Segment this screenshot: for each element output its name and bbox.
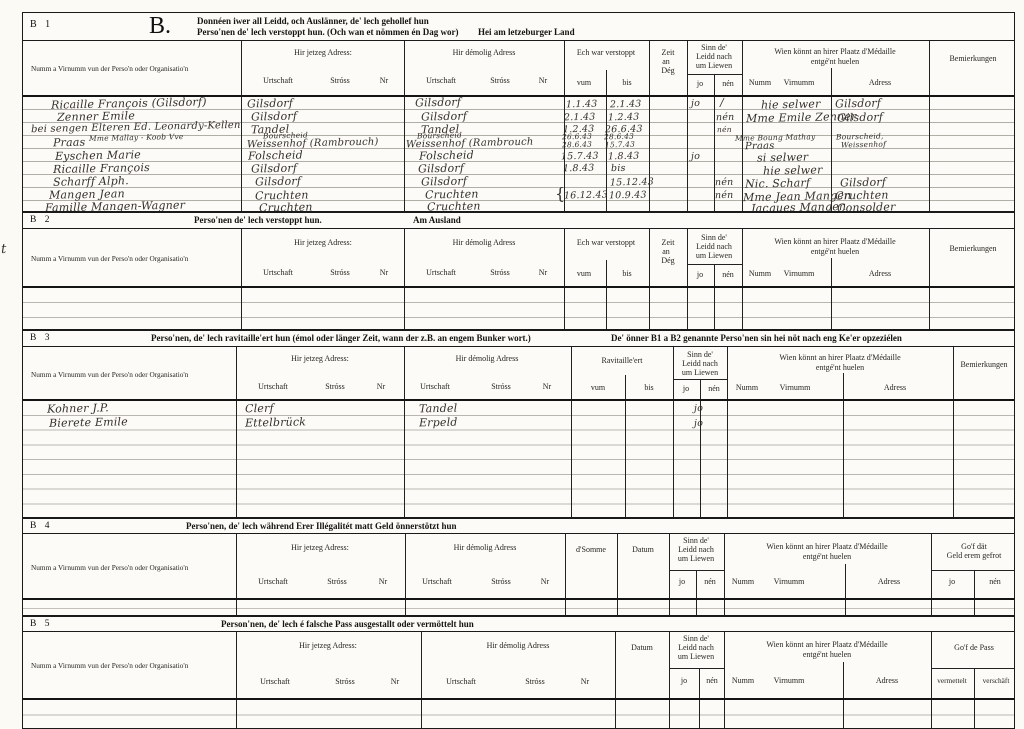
col-header-nr: Nr	[391, 678, 399, 686]
col-header-verstoppt: Ech war verstoppt	[577, 239, 635, 247]
hw-b1-r5-jetzeg: Gilsdorf	[251, 163, 297, 175]
col-header-bemierkungen: Bemierkungen	[949, 245, 996, 253]
hw-b1-r5-wien: hie selwer	[763, 164, 823, 176]
col-header-nen: nén	[989, 578, 1001, 586]
col-header-virnumm: Virnumm	[784, 270, 815, 278]
b4-title-band: B 4 Perso'nen, de' lech während Erer Ill…	[23, 519, 1014, 534]
hw-b1-r5-name: Ricaille François	[53, 162, 150, 175]
b4-data-rows	[23, 600, 1014, 616]
hw-b1-r0-wadr: Gilsdorf	[835, 98, 881, 110]
hw-b1-r6-wien: Nic. Scharf	[745, 177, 810, 189]
margin-handwriting-mark: t	[1, 243, 7, 256]
col-header-adress: Adress	[884, 384, 906, 392]
col-header-vermettelt: vermettelt	[937, 677, 967, 685]
b5-data-rows	[23, 700, 1014, 729]
col-header-nr: Nr	[543, 383, 551, 391]
col-header-gof-geld: Geld erem gefrot	[947, 552, 1002, 560]
b1-title-line2: Perso'nen de' lech verstoppt hun. (Och w…	[197, 27, 459, 37]
hw-b1-r8-wadr: Consolder	[837, 201, 896, 212]
scanned-form-page: t B 1 B. Donnéen iwer all Leidd, och Aus…	[0, 0, 1024, 729]
hw-b1-r3-bis2: 15.7.43	[605, 141, 635, 149]
col-header-numm: Numm	[749, 270, 771, 278]
b5-section-id: B 5	[30, 619, 52, 629]
hw-b1-r3-wadr2: Weissenhof	[841, 141, 886, 149]
hw-b1-r4-name: Eyschen Marie	[55, 149, 141, 162]
hw-b1-r1-name: Zenner Emile	[57, 110, 135, 123]
hw-b3-r0-jetzeg: Clerf	[245, 403, 274, 415]
b5-header-row: Numm a Virnumm vun der Perso'n oder Orga…	[23, 632, 1014, 700]
b3-title-band: B 3 Perso'nen, de' lech ravitaille'ert h…	[23, 331, 1014, 347]
hw-b1-r0-jo: jo	[691, 99, 700, 109]
hw-b1-r5-demolig: Gilsdorf	[418, 163, 464, 175]
col-header-jetzeg-adress: Hir jetzeg Adress:	[299, 642, 357, 650]
col-header-verstoppt: Ech war verstoppt	[577, 49, 635, 57]
col-header-vum: vum	[591, 384, 605, 392]
section-b5: B 5 Person'nen, de' lech é falsche Pass …	[22, 616, 1015, 729]
col-header-bemierkungen: Bemierkungen	[949, 55, 996, 63]
section-b2: B 2 Perso'nen de' lech verstoppt hun. Am…	[22, 212, 1015, 330]
col-header-jo: jo	[681, 677, 687, 685]
b2-section-id: B 2	[30, 215, 52, 225]
col-header-wien: Wien könnt an hirer Plaatz d'Médaille	[766, 543, 887, 551]
col-header-stross: Stróss	[491, 383, 511, 391]
col-header-adress: Adress	[878, 578, 900, 586]
col-header-datum: Datum	[631, 644, 653, 652]
col-header-urtschaft: Urtschaft	[263, 269, 293, 277]
hw-b1-r0-bis: 2.1.43	[610, 100, 642, 110]
hw-b1-r6-name: Scharff Alph.	[53, 175, 129, 188]
hw-b3-r1-jetzeg: Ettelbrück	[245, 416, 306, 428]
col-header-numm: Numm	[749, 79, 771, 87]
hw-b1-r0-wien: hie selwer	[761, 98, 821, 110]
col-header-adress: Adress	[876, 677, 898, 685]
col-header-virnumm: Virnumm	[774, 578, 805, 586]
col-header-demolig-adress: Hir démolig Adress	[453, 49, 516, 57]
col-header-vum: vum	[577, 79, 591, 87]
col-header-jetzeg-adress: Hir jetzeg Adress:	[294, 49, 352, 57]
hw-b1-r4-vum: 15.7.43	[561, 152, 599, 162]
hw-b1-r7-nen: nén	[715, 191, 734, 201]
col-header-ravitailleert: Ravitaille'ert	[602, 357, 643, 365]
b1-big-letter: B.	[149, 14, 171, 38]
col-header-stross: Stróss	[335, 678, 355, 686]
col-header-jo: jo	[697, 271, 703, 279]
col-header-adress: Adress	[869, 79, 891, 87]
b4-section-id: B 4	[30, 521, 52, 531]
col-header-jetzeg-adress: Hir jetzeg Adress:	[294, 239, 352, 247]
hw-b1-r6-bis: 15.12.43	[610, 178, 654, 188]
hw-b1-r1-wadr: Gilsdorf	[837, 112, 883, 124]
hw-b1-r6-wadr: Gilsdorf	[840, 177, 886, 189]
col-header-nr: Nr	[539, 269, 547, 277]
col-header-urtschaft: Urtschaft	[258, 383, 288, 391]
col-header-name: Numm a Virnumm vun der Perso'n oder Orga…	[31, 662, 188, 670]
col-header-urtschaft: Urtschaft	[420, 383, 450, 391]
hw-b1-r4-demolig: Folscheid	[419, 149, 474, 161]
col-header-bis: bis	[622, 270, 631, 278]
col-header-nr: Nr	[380, 269, 388, 277]
col-header-stross: Stróss	[490, 269, 510, 277]
col-header-zeit: Dég	[661, 67, 674, 75]
col-header-jo: jo	[683, 385, 689, 393]
col-header-sinn: um Liewen	[678, 653, 714, 661]
b2-title: Perso'nen de' lech verstoppt hun.	[194, 215, 322, 225]
b2-header-row: Numm a Virnumm vun der Perso'n oder Orga…	[23, 229, 1014, 288]
col-header-nr: Nr	[380, 77, 388, 85]
col-header-name: Numm a Virnumm vun der Perso'n oder Orga…	[31, 65, 188, 73]
col-header-zeit: Dég	[661, 257, 674, 265]
col-header-demolig-adress: Hir démolig Adress	[487, 642, 550, 650]
col-header-stross: Stróss	[325, 383, 345, 391]
col-header-name: Numm a Virnumm vun der Perso'n oder Orga…	[31, 255, 188, 263]
col-header-demolig-adress: Hir démolig Adress	[453, 239, 516, 247]
b1-data-rows: Ricaille François (Gilsdorf) Gilsdorf Gi…	[23, 97, 1014, 212]
col-header-demolig-adress: Hir démolig Adress	[454, 544, 517, 552]
col-header-urtschaft: Urtschaft	[426, 77, 456, 85]
col-header-wien: Wien könnt an hirer Plaatz d'Médaille	[766, 641, 887, 649]
hw-b1-r1-demolig: Gilsdorf	[421, 111, 467, 123]
col-header-nr: Nr	[581, 678, 589, 686]
col-header-datum: Datum	[632, 546, 654, 554]
col-header-jo: jo	[679, 578, 685, 586]
col-header-nr: Nr	[379, 578, 387, 586]
col-header-adress: Adress	[869, 270, 891, 278]
col-header-jetzeg-adress: Hir jetzeg Adress:	[291, 544, 349, 552]
hw-b1-r5-bis: bis	[611, 164, 626, 174]
col-header-virnumm: Virnumm	[780, 384, 811, 392]
col-header-urtschaft: Urtschaft	[260, 678, 290, 686]
hw-b1-r3-name2: Mme Mallay - Koob Vve	[89, 133, 184, 142]
col-header-name: Numm a Virnumm vun der Perso'n oder Orga…	[31, 371, 188, 379]
hw-b1-r1-vum: 2.1.43	[564, 113, 596, 123]
col-header-wien: Wien könnt an hirer Plaatz d'Médaille	[774, 48, 895, 56]
hw-b1-r8-jetzeg: Cruchten	[259, 201, 313, 212]
col-header-bis: bis	[644, 384, 653, 392]
hw-b3-r1-name: Bierete Emile	[49, 416, 128, 429]
b3-section-id: B 3	[30, 333, 52, 343]
col-header-stross: Stróss	[330, 77, 350, 85]
col-header-nen: nén	[722, 271, 734, 279]
col-header-urtschaft: Urtschaft	[426, 269, 456, 277]
col-header-nen: nén	[704, 578, 716, 586]
b2-data-rows	[23, 288, 1014, 330]
col-header-jo: jo	[949, 578, 955, 586]
hw-b1-r8-wien: Jacques Mangen	[751, 201, 846, 212]
col-header-wien: entgé'nt huelen	[803, 651, 851, 659]
b4-header-row: Numm a Virnumm vun der Perso'n oder Orga…	[23, 534, 1014, 600]
b3-header-row: Numm a Virnumm vun der Perso'n oder Orga…	[23, 347, 1014, 401]
b3-title: Perso'nen, de' lech ravitaille'ert hun (…	[151, 333, 531, 343]
col-header-wien: entgé'nt huelen	[811, 58, 859, 66]
b1-title-line1: Donnéen iwer all Leidd, och Auslänner, d…	[197, 16, 429, 26]
col-header-urtschaft: Urtschaft	[258, 578, 288, 586]
col-header-virnumm: Virnumm	[774, 677, 805, 685]
col-header-nen: nén	[722, 80, 734, 88]
hw-b3-r1-demolig: Erpeld	[419, 417, 458, 429]
col-header-nr: Nr	[377, 383, 385, 391]
col-header-gof-pass: Go'f de Pass	[954, 644, 994, 652]
hw-b1-r0-nen: /	[720, 97, 724, 108]
hw-b1-r6-jetzeg: Gilsdorf	[255, 176, 301, 188]
col-header-stross: Stróss	[491, 578, 511, 586]
col-header-sinn: um Liewen	[696, 62, 732, 70]
col-header-nen: nén	[706, 677, 718, 685]
b1-header-row: Numm a Virnumm vun der Perso'n oder Orga…	[23, 41, 1014, 97]
b3-data-rows: Kohner J.P. Clerf Tandel jo Bierete Emil…	[23, 401, 1014, 518]
b1-section-id: B 1	[30, 19, 53, 30]
hw-b3-r0-jo: jo	[694, 404, 703, 414]
col-header-bemierkungen: Bemierkungen	[960, 361, 1007, 369]
hw-b1-r0-demolig: Gilsdorf	[415, 97, 461, 109]
b2-title-right: Am Ausland	[413, 215, 461, 225]
hw-b1-r7-name: Mangen Jean	[49, 188, 125, 201]
hw-b3-r0-demolig: Tandel	[419, 403, 458, 415]
hw-b1-r7-vum: 16.12.43	[564, 191, 608, 201]
col-header-nen: nén	[708, 385, 720, 393]
col-header-wien: Wien könnt an hirer Plaatz d'Médaille	[774, 238, 895, 246]
col-header-wien: entgé'nt huelen	[811, 248, 859, 256]
hw-b1-r0-vum: 1.1.43	[566, 100, 598, 110]
b5-title-band: B 5 Person'nen, de' lech é falsche Pass …	[23, 617, 1014, 632]
col-header-numm: Numm	[732, 578, 754, 586]
hw-b1-r3-vum2: 28.6.43	[562, 141, 592, 149]
col-header-vum: vum	[577, 270, 591, 278]
b4-title: Perso'nen, de' lech während Erer Illégal…	[186, 521, 456, 531]
b5-title: Person'nen, de' lech é falsche Pass ausg…	[221, 619, 474, 629]
section-b4: B 4 Perso'nen, de' lech während Erer Ill…	[22, 518, 1015, 616]
hw-b1-r7-bis: 10.9.43	[609, 191, 647, 201]
col-header-nr: Nr	[539, 77, 547, 85]
hw-b1-r3-name: Praas	[53, 137, 86, 149]
col-header-demolig-adress: Hir démolig Adress	[456, 355, 519, 363]
col-header-name: Numm a Virnumm vun der Perso'n oder Orga…	[31, 564, 188, 572]
hw-b1-r8-demolig: Cruchten	[427, 200, 481, 212]
b2-title-band: B 2 Perso'nen de' lech verstoppt hun. Am…	[23, 213, 1014, 229]
col-header-verschaeft: verschäft	[983, 677, 1010, 685]
hw-b1-r1-jetzeg: Gilsdorf	[251, 111, 297, 123]
col-header-bis: bis	[622, 79, 631, 87]
hw-b1-r1-bis: 1.2.43	[608, 113, 640, 123]
col-header-urtschaft: Urtschaft	[446, 678, 476, 686]
hw-b1-r1-nen: nén	[716, 113, 735, 123]
b1-title-band: B 1 B. Donnéen iwer all Leidd, och Auslä…	[23, 13, 1014, 41]
col-header-stross: Stróss	[330, 269, 350, 277]
col-header-urtschaft: Urtschaft	[422, 578, 452, 586]
hw-b3-r0-name: Kohner J.P.	[47, 402, 109, 414]
col-header-nr: Nr	[541, 578, 549, 586]
col-header-stross: Stróss	[490, 77, 510, 85]
hw-b1-r6-nen: nén	[715, 178, 734, 188]
col-header-wien: Wien könnt an hirer Plaatz d'Médaille	[779, 354, 900, 362]
hw-b1-r0-jetzeg: Gilsdorf	[247, 98, 293, 110]
col-header-somme: d'Somme	[576, 546, 606, 554]
hw-b3-r1-jo: jo	[694, 419, 703, 429]
col-header-sinn: um Liewen	[696, 252, 732, 260]
col-header-sinn: um Liewen	[678, 555, 714, 563]
b3-title-note: De' önner B1 a B2 genannte Perso'nen sin…	[611, 333, 902, 343]
hw-b1-r4-bis: 1.8.43	[608, 152, 640, 162]
hw-b1-r4-wien: si selwer	[757, 151, 809, 163]
col-header-jo: jo	[697, 80, 703, 88]
col-header-wien: entgé'nt huelen	[803, 553, 851, 561]
col-header-numm: Numm	[732, 677, 754, 685]
hw-b1-r4-jo: jo	[691, 152, 700, 162]
col-header-jetzeg-adress: Hir jetzeg Adress:	[291, 355, 349, 363]
section-b1: B 1 B. Donnéen iwer all Leidd, och Auslä…	[22, 12, 1015, 212]
hw-b1-r2-nen: nén	[717, 126, 732, 134]
b1-title-right: Hei am letzeburger Land	[478, 27, 575, 37]
col-header-stross: Stróss	[327, 578, 347, 586]
hw-b1-r5-vum: 1.8.43	[563, 164, 595, 174]
col-header-numm: Numm	[736, 384, 758, 392]
col-header-urtschaft: Urtschaft	[263, 77, 293, 85]
section-b3: B 3 Perso'nen, de' lech ravitaille'ert h…	[22, 330, 1015, 518]
col-header-wien: entgé'nt huelen	[816, 364, 864, 372]
col-header-sinn: um Liewen	[682, 369, 718, 377]
hw-b1-r4-jetzeg: Folscheid	[248, 149, 303, 161]
hw-b1-r8-name: Famille Mangen-Wagner	[45, 200, 185, 212]
col-header-virnumm: Virnumm	[784, 79, 815, 87]
col-header-stross: Stróss	[525, 678, 545, 686]
hw-b1-r6-demolig: Gilsdorf	[421, 176, 467, 188]
